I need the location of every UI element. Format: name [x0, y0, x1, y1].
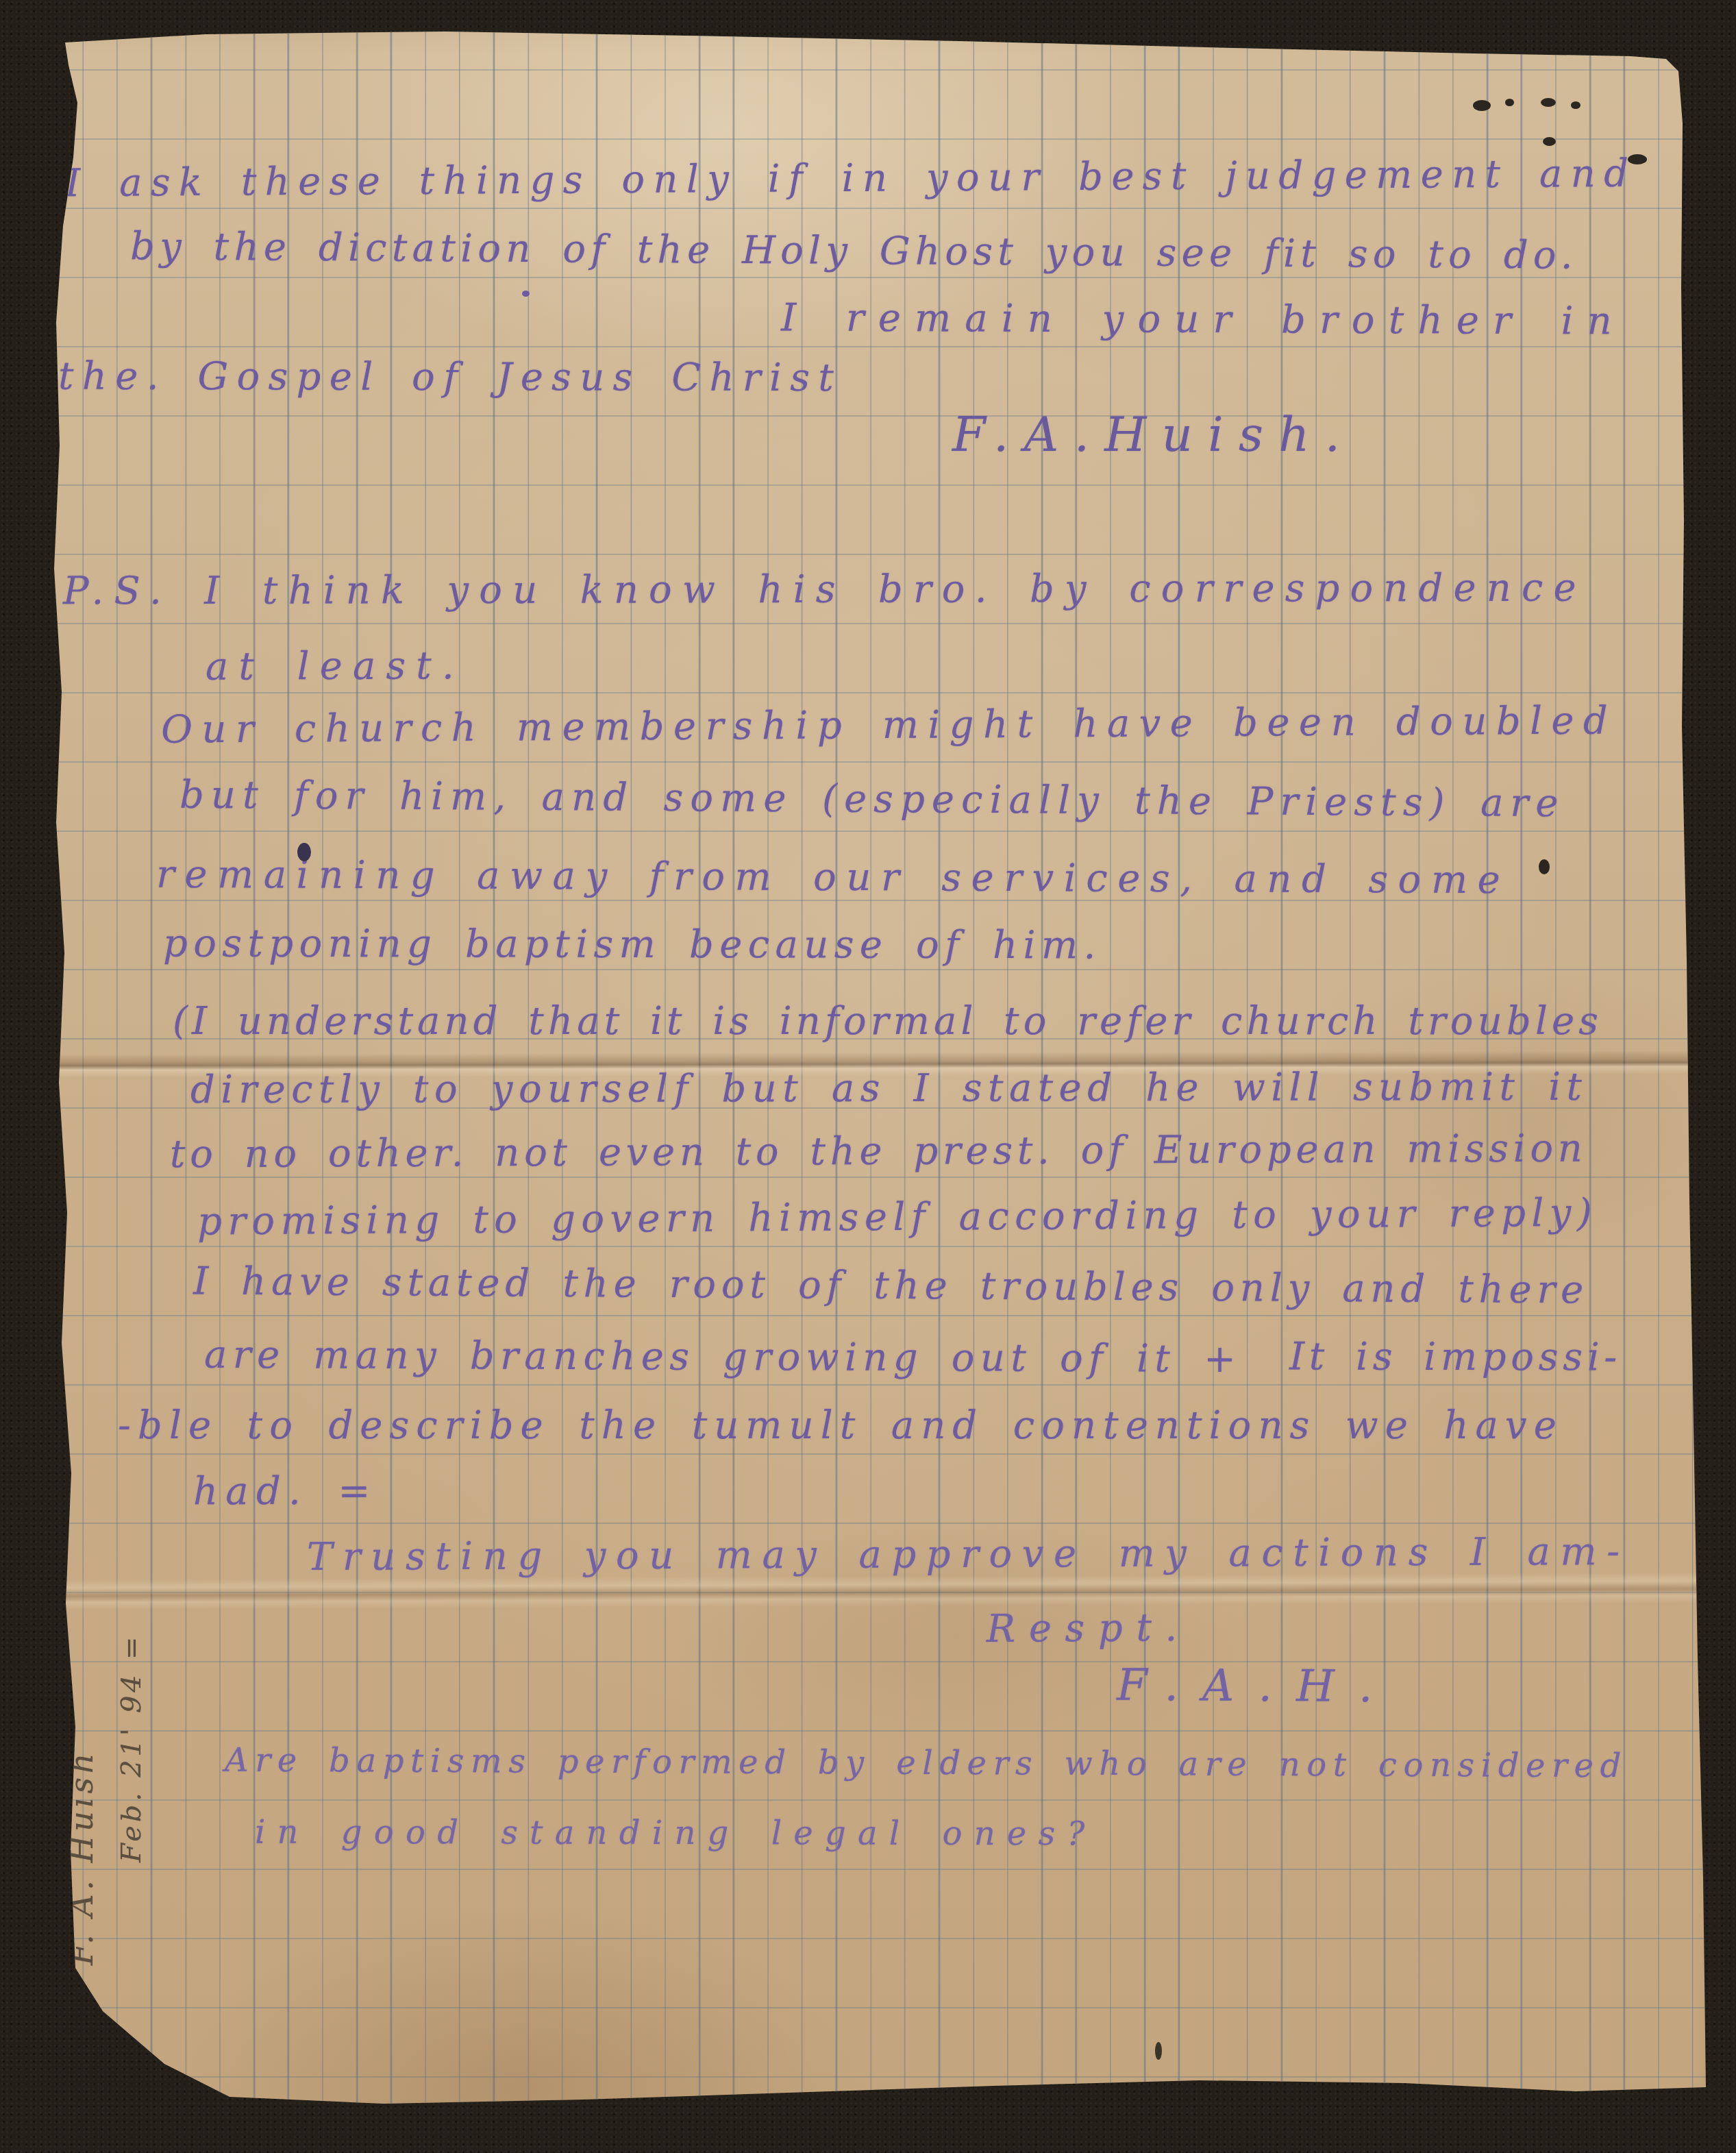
- handwriting-line: -ble to describe the tumult and contenti…: [118, 1406, 1563, 1447]
- paper-speck: [1628, 154, 1647, 164]
- handwriting-line: to no other. not even to the prest. of E…: [170, 1129, 1587, 1175]
- handwriting-line: I remain your brother in: [781, 298, 1626, 342]
- paper-speck: [1640, 41, 1648, 46]
- paper-speck: [1473, 100, 1491, 111]
- scan-background: I ask these things only if in your best …: [0, 0, 1736, 2153]
- paper-speck: [1571, 101, 1580, 109]
- handwriting-line: F.A.H.: [1117, 1663, 1397, 1711]
- handwriting-line: Respt.: [987, 1608, 1191, 1650]
- paper-speck: [297, 843, 311, 861]
- paper-speck: [1667, 45, 1674, 49]
- handwriting-line: are many branches growing out of it +: [204, 1336, 1242, 1380]
- paper-speck: [1543, 137, 1556, 146]
- handwriting-line: Trusting you may approve my actions I am…: [307, 1532, 1630, 1578]
- handwriting-line: had. =: [193, 1472, 378, 1512]
- paper-speck: [1539, 859, 1550, 874]
- handwriting-line: (I understand that it is informal to ref…: [173, 1002, 1602, 1042]
- handwriting-line: promising to govern himself according to…: [197, 1194, 1598, 1243]
- paper-speck: [522, 291, 530, 297]
- paper-speck: [1155, 2042, 1162, 2060]
- margin-note: F. A. Huish: [66, 1749, 97, 1965]
- margin-note: Feb. 21' 94 =: [118, 1634, 145, 1862]
- handwriting-line: P.S. I think you know his bro. by corres…: [63, 569, 1587, 612]
- handwriting-line: by the dictation of the Holy Ghost you s…: [130, 227, 1578, 276]
- handwriting-line: It is impossi-: [1289, 1337, 1622, 1378]
- handwriting-line: Our church membership might have been do…: [161, 701, 1617, 750]
- paper-speck: [1611, 38, 1617, 42]
- handwriting-line: at least.: [206, 646, 464, 687]
- handwriting-line: directly to yourself but as I stated he …: [190, 1068, 1588, 1111]
- paper-speck: [1541, 98, 1556, 107]
- handwriting-line: remaining away from our services, and so…: [156, 855, 1511, 901]
- fold-crease-lower: [0, 1572, 1736, 1610]
- paper-speck: [1505, 99, 1514, 106]
- letter-page: I ask these things only if in your best …: [0, 0, 1736, 2153]
- handwriting-line: I ask these things only if in your best …: [65, 154, 1637, 204]
- handwriting-line: Are baptisms performed by elders who are…: [225, 1743, 1628, 1784]
- handwriting-line: postponing baptism because of him.: [163, 924, 1102, 967]
- handwriting-line: in good standing legal ones?: [255, 1815, 1097, 1851]
- handwriting-line: F.A.Huish.: [952, 410, 1356, 460]
- handwriting-line: but for him, and some (especially the Pr…: [179, 776, 1565, 825]
- handwriting-line: the. Gospel of Jesus Christ: [58, 357, 842, 399]
- handwriting-line: I have stated the root of the troubles o…: [193, 1262, 1589, 1312]
